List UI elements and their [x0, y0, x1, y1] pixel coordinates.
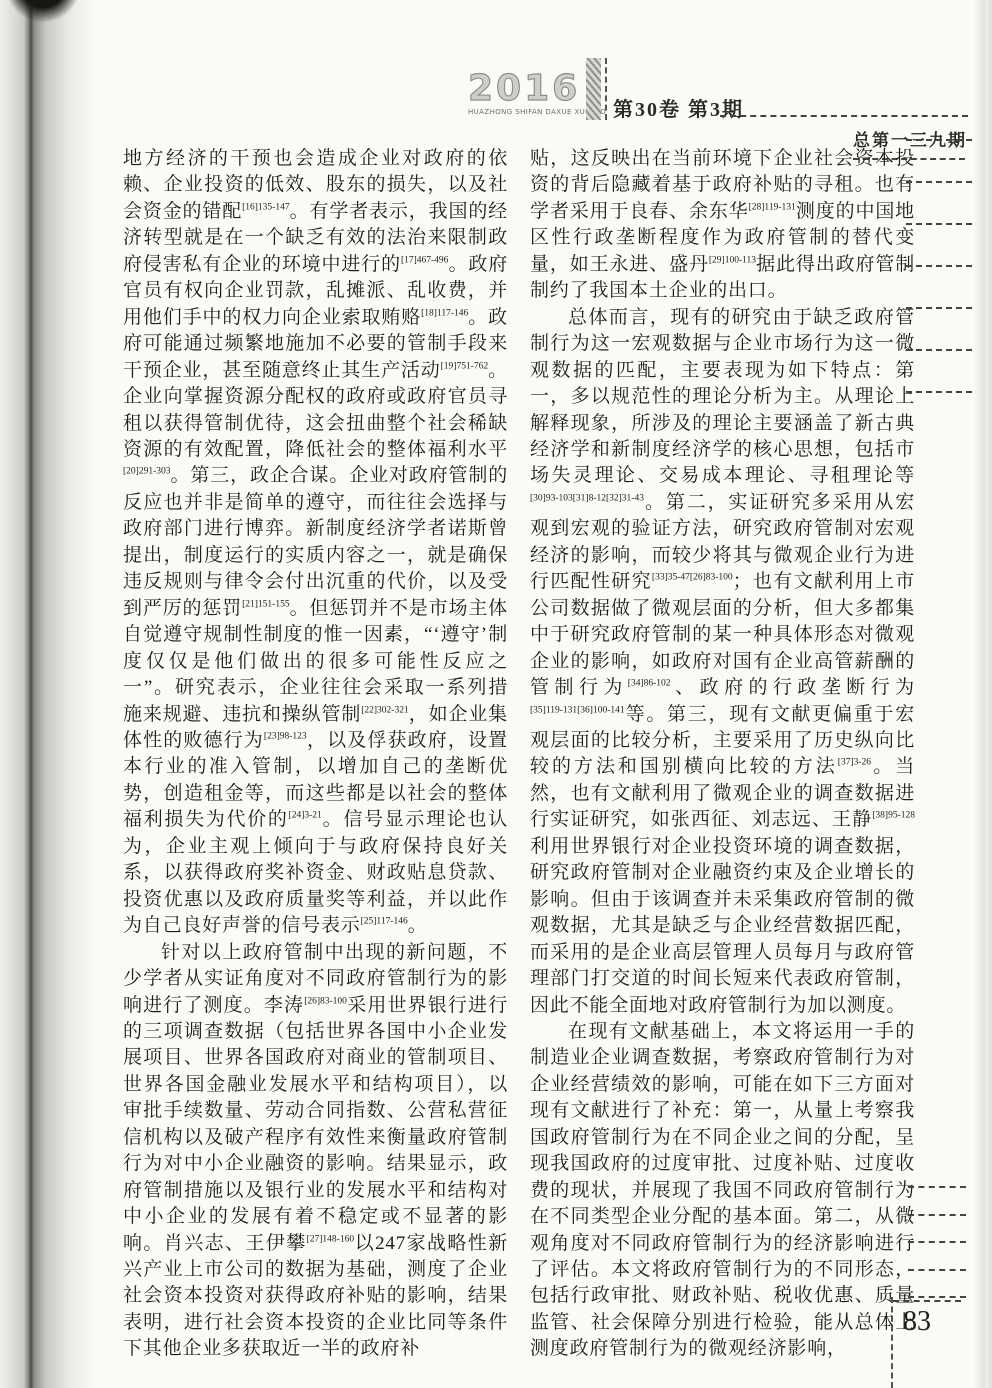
article-body: 地方经济的干预也会造成企业对政府的依赖、企业投资的低效、股东的损失，以及社会资金…	[123, 146, 915, 1363]
paragraph: 针对以上政府管制中出现的新问题，不少学者从实证角度对不同政府管制行为的影响进行了…	[123, 940, 508, 1363]
footer-vertical-dashed-line	[891, 1297, 893, 1388]
margin-dash-mark	[906, 265, 972, 267]
citation-superscript: [33]35-47[26]83-100	[652, 573, 733, 583]
binding-gutter	[0, 0, 96, 1388]
citation-superscript: [30]93-103[31]8-12[32]31-43	[530, 494, 644, 504]
journal-name-pinyin: HUAZHONG SHIFAN DAXUE XUEBAO	[468, 108, 588, 116]
citation-superscript: [38]95-128	[872, 811, 915, 821]
paragraph: 总体而言，现有的研究由于缺乏政府管制行为这一宏观数据与企业市场行为这一微观数据的…	[530, 305, 915, 1019]
paragraph: 地方经济的干预也会造成企业对政府的依赖、企业投资的低效、股东的损失，以及社会资金…	[123, 146, 508, 940]
citation-superscript: [28]119-131	[749, 203, 796, 213]
page-number: 83	[903, 1306, 931, 1338]
header-hatch-bar	[586, 58, 601, 120]
right-column: 贴，这反映出在当前环境下企业社会资本投资的背后隐藏着基于政府补贴的寻租。也有学者…	[530, 146, 915, 1363]
margin-dash-mark	[908, 1186, 966, 1188]
trailing-dashed-line	[893, 1300, 961, 1302]
margin-dash-mark	[908, 1241, 966, 1243]
header-vertical-dashed-line	[605, 58, 607, 120]
citation-superscript: [26]83-100	[304, 996, 347, 1006]
citation-superscript: [24]3-21	[289, 811, 322, 821]
margin-dash-mark	[906, 391, 972, 393]
citation-superscript: [21]151-155	[242, 599, 290, 609]
margin-dash-mark	[906, 181, 972, 183]
citation-superscript: [17]467-496	[401, 255, 449, 265]
page-edge-shadow	[974, 0, 992, 1388]
citation-superscript: [19]751-762	[441, 361, 489, 371]
citation-superscript: [34]86-102	[628, 679, 671, 689]
citation-superscript: [37]3-26	[838, 758, 871, 768]
citation-superscript: [22]302-321	[361, 705, 409, 715]
margin-dash-mark	[908, 1214, 966, 1216]
header-dashed-rule	[720, 115, 968, 117]
left-column: 地方经济的干预也会造成企业对政府的依赖、企业投资的低效、股东的损失，以及社会资金…	[123, 146, 508, 1363]
citation-superscript: [18]117-146	[421, 308, 468, 318]
margin-dash-mark	[906, 139, 972, 141]
journal-page-scan: 2016 HUAZHONG SHIFAN DAXUE XUEBAO 第30卷 第…	[0, 0, 992, 1388]
margin-dash-mark	[906, 349, 972, 351]
volume-issue-label: 第30卷 第3期	[613, 93, 744, 122]
binding-fold-shadow	[6, 0, 80, 22]
citation-superscript: [16]135-147	[242, 203, 290, 213]
citation-superscript: [25]117-146	[361, 917, 408, 927]
margin-dash-mark	[906, 223, 972, 225]
citation-superscript: [35]119-131[36]100-141	[530, 705, 625, 715]
paragraph: 在现有文献基础上，本文将运用一手的制造业企业调查数据，考察政府管制行为对企业经营…	[530, 1019, 915, 1363]
citation-superscript: [27]148-160	[307, 1234, 355, 1244]
citation-superscript: [23]98-123	[264, 732, 307, 742]
margin-dash-mark	[908, 1296, 966, 1298]
journal-year-logo: 2016	[468, 68, 580, 109]
margin-dash-mark	[908, 1269, 966, 1271]
citation-superscript: [20]291-303	[123, 467, 171, 477]
margin-dash-mark	[906, 307, 972, 309]
citation-superscript: [29]100-113	[709, 255, 756, 265]
paragraph: 贴，这反映出在当前环境下企业社会资本投资的背后隐藏着基于政府补贴的寻租。也有学者…	[530, 146, 915, 305]
